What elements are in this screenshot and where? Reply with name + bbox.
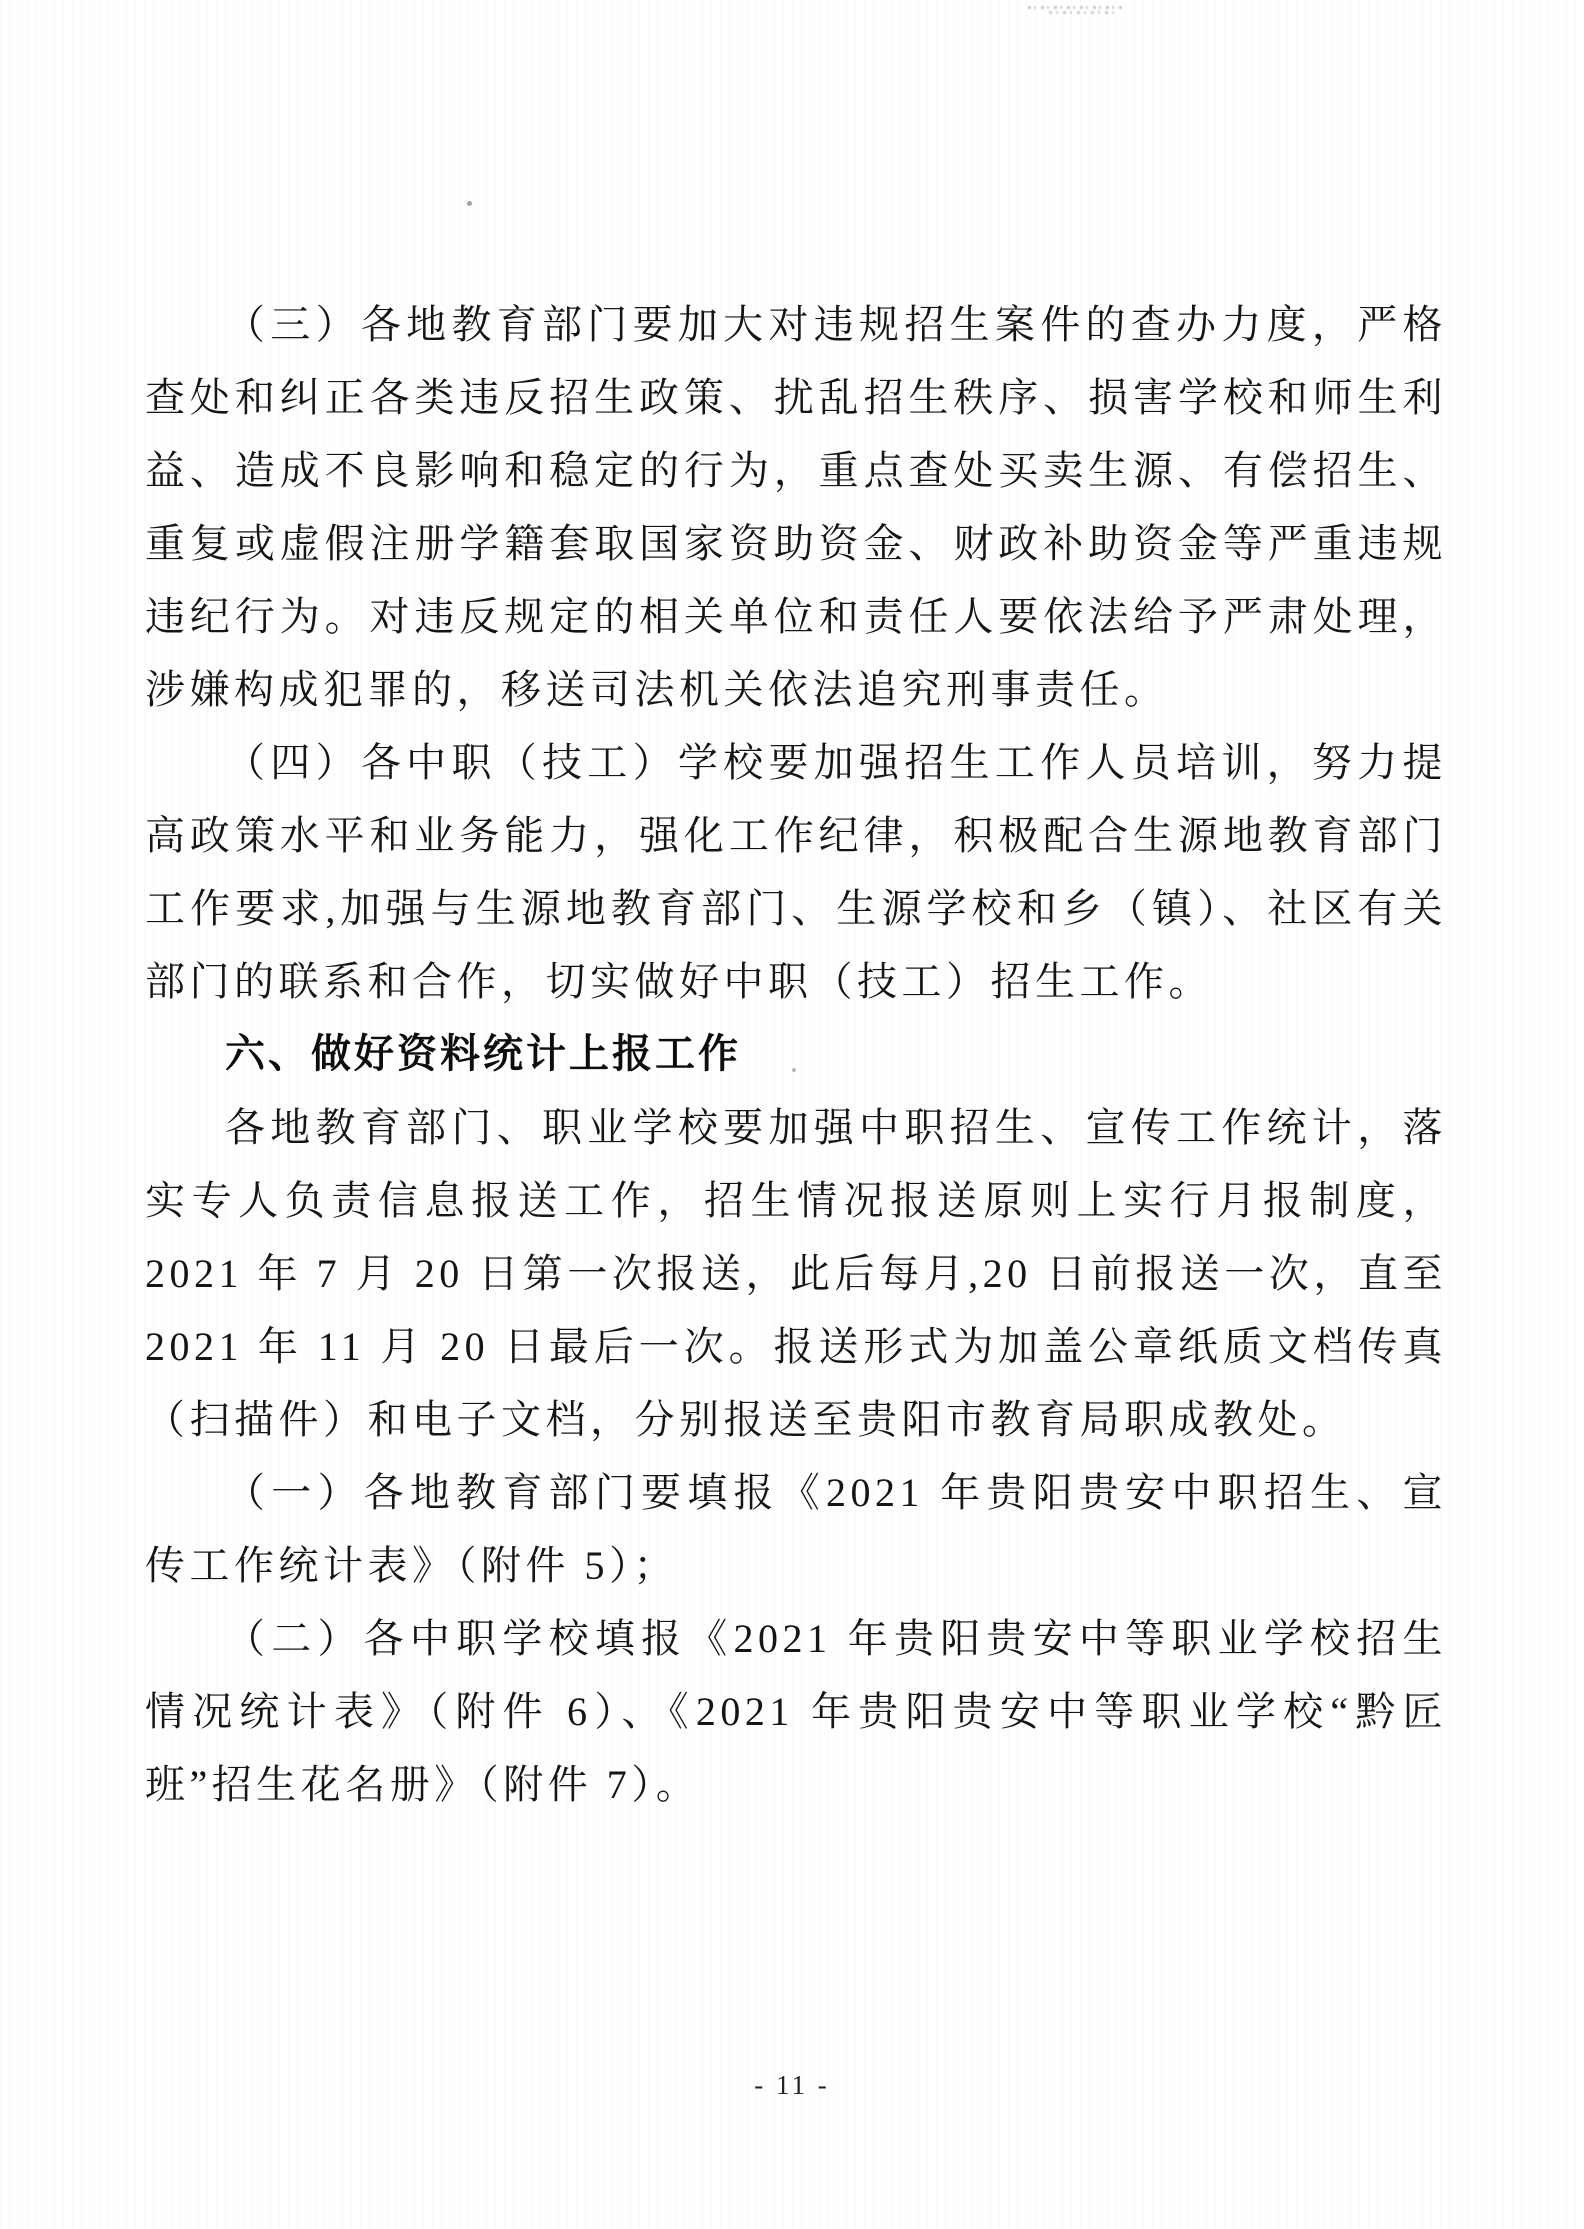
scan-artifact-smudge [1028,4,1124,20]
document-text-block: （三）各地教育部门要加大对违规招生案件的查办力度，严格查处和纠正各类违反招生政策… [145,288,1447,1821]
paragraph: （二）各中职学校填报《2021 年贵阳贵安中等职业学校招生情况统计表》（附件 6… [145,1602,1447,1821]
paragraph: （一）各地教育部门要填报《2021 年贵阳贵安中职招生、宣传工作统计表》（附件 … [145,1456,1447,1602]
paragraph: （四）各中职（技工）学校要加强招生工作人员培训，努力提高政策水平和业务能力，强化… [145,726,1447,1018]
page-number-footer: - 11 - [0,2070,1584,2101]
paragraph: 各地教育部门、职业学校要加强中职招生、宣传工作统计，落实专人负责信息报送工作，招… [145,1091,1447,1456]
scan-speck [467,201,472,206]
paragraph: （三）各地教育部门要加大对违规招生案件的查办力度，严格查处和纠正各类违反招生政策… [145,288,1447,726]
section-heading: 六、做好资料统计上报工作 [145,1018,1447,1091]
